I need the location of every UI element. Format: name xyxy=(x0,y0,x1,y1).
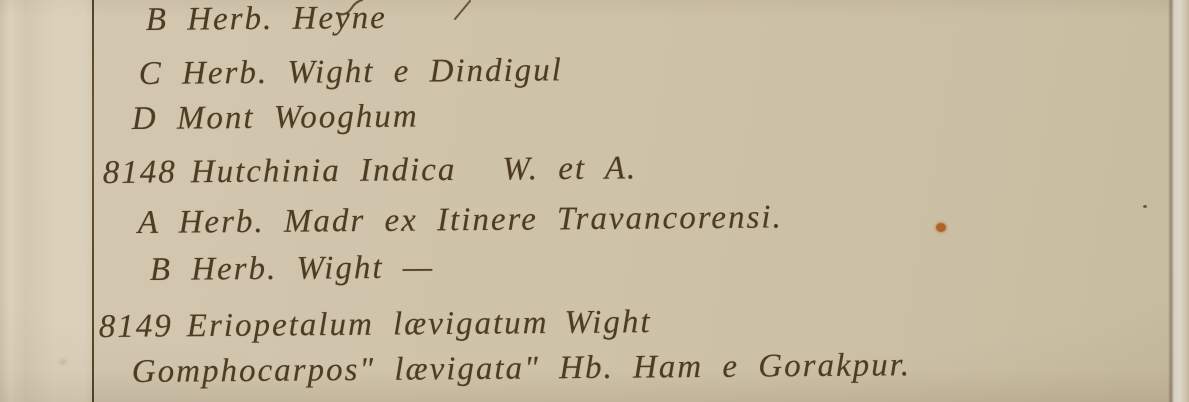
manuscript-page: B Herb. Heyne C Herb. Wight e Dindigul D… xyxy=(0,0,1189,402)
entry-8148-herb-madr-line: A Herb. Madr ex Itinere Travancorensi. xyxy=(138,199,783,242)
margin-rule-line xyxy=(92,0,94,402)
entry-8148-herb-wight-line: B Herb. Wight — xyxy=(150,250,435,289)
species-author: Wight xyxy=(564,304,651,341)
entry-8149-heading: 8149Eriopetalum lævigatumWight xyxy=(99,304,652,346)
entry-number: 8149 xyxy=(99,308,173,345)
mont-wooghum-line: D Mont Wooghum xyxy=(132,98,419,138)
faint-stain xyxy=(59,359,67,365)
foxing-spot xyxy=(936,223,946,232)
species-name: Eriopetalum lævigatum xyxy=(187,305,549,344)
species-name: Hutchinia Indica xyxy=(191,152,457,190)
page-edge-seam xyxy=(1168,0,1189,402)
herb-heyne-line: B Herb. Heyne xyxy=(146,0,387,39)
ink-speck xyxy=(1143,205,1147,208)
herb-wight-dindigul-line: C Herb. Wight e Dindigul xyxy=(139,52,563,93)
entry-8148-heading: 8148Hutchinia IndicaW. et A. xyxy=(103,150,638,192)
entry-number: 8148 xyxy=(103,154,177,191)
entry-8149-synonym-line: Gomphocarpos" lævigata" Hb. Ham e Gorakp… xyxy=(132,347,912,391)
species-author: W. et A. xyxy=(502,150,637,187)
